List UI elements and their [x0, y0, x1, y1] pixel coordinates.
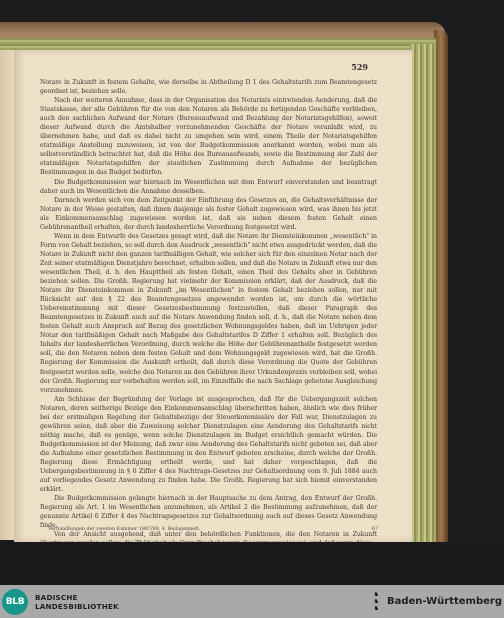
body-text: Notare in Zukunft in festem Gehalte, wie…: [40, 78, 377, 548]
bw-logo-link[interactable]: ♞♞♞ Baden-Württemberg: [374, 591, 502, 612]
blb-logo-link[interactable]: BLB BADISCHE LANDESBIBLIOTHEK: [2, 589, 119, 615]
sheet-number: 67: [372, 527, 378, 532]
footnote-source: Verhandlungen der zweiten Kammer 1887/88…: [48, 527, 200, 532]
footnote: Verhandlungen der zweiten Kammer 1887/88…: [48, 527, 378, 532]
page-edges-right: [410, 44, 436, 544]
footer-bar: BLB BADISCHE LANDESBIBLIOTHEK ♞♞♞ Baden-…: [0, 585, 504, 618]
paragraph: Die Budgetkommission war hiernach im Wes…: [40, 178, 377, 196]
three-lions-icon: ♞♞♞: [374, 591, 379, 612]
page-number: 529: [351, 62, 368, 72]
bw-name: Baden-Württemberg: [387, 596, 502, 607]
blb-name: BADISCHE LANDESBIBLIOTHEK: [35, 593, 119, 611]
paragraph: Am Schlusse der Begründung der Vorlage i…: [40, 395, 377, 495]
blb-name-line2: LANDESBIBLIOTHEK: [35, 602, 119, 611]
background-bottom: [0, 542, 504, 585]
page: 529 Notare in Zukunft in festem Gehalte,…: [14, 50, 412, 542]
blb-logo-icon: BLB: [2, 589, 28, 615]
scanned-book-page: 529 Notare in Zukunft in festem Gehalte,…: [0, 0, 504, 585]
book-cover-right: [434, 30, 448, 550]
paragraph: Wenn in dem Entwurfe des Gesetzes gesagt…: [40, 232, 377, 395]
paragraph: Notare in Zukunft in festem Gehalte, wie…: [40, 78, 377, 96]
paragraph: Darnach werden sich von dem Zeitpunkt de…: [40, 196, 377, 232]
paragraph: Nach der weiteren Annahme, dass in der O…: [40, 96, 377, 177]
blb-name-line1: BADISCHE: [35, 593, 119, 602]
paragraph: Die Budgetkommission gelangte hiernach i…: [40, 494, 377, 530]
